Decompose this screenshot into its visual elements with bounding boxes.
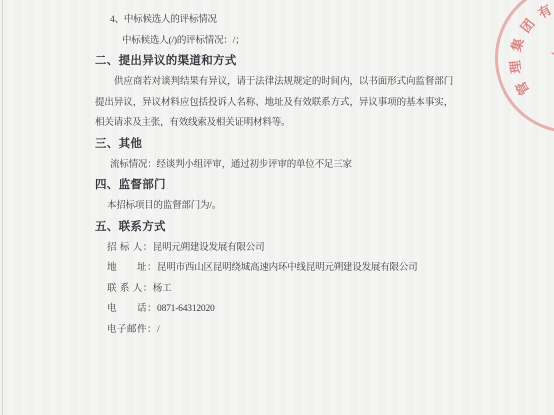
seal-star-icon: ★ [547,30,554,88]
scan-edge-line [2,0,3,415]
item4-detail: 中标候选人(/)的评标情况：/； [122,31,453,52]
official-seal: ★ 管理集团有 [495,0,554,133]
contact-value: 昆明市西山区昆明绕城高速内环中线昆明元朔建设发展有限公司 [157,263,417,273]
seal-arc-char: 团 [518,16,538,36]
contact-label: 电 话： [107,304,157,314]
contact-row-email: 电子邮件：/ [107,320,453,341]
seal-arc-char: 理 [509,59,524,74]
contact-row-address: 地 址：昆明市西山区昆明绕城高速内环中线昆明元朔建设发展有限公司 [107,258,453,279]
seal-arc-char: 有 [535,2,554,21]
contact-label: 地 址： [107,263,157,273]
section-body-objection: 供应商若对谈判结果有异议，请于法律法规规定的时间内，以书面形式向监督部门提出异议… [95,72,453,134]
contact-label: 联 系 人： [107,284,153,294]
scanned-document-page: 4、中标候选人的评标情况 中标候选人(/)的评标情况：/； 二、提出异议的渠道和… [0,0,554,415]
seal-arc-char: 集 [510,37,527,54]
section-heading-contact: 五、联系方式 [95,217,453,238]
contact-value: 杨工 [153,284,172,294]
document-body: 4、中标候选人的评标情况 中标候选人(/)的评标情况：/； 二、提出异议的渠道和… [95,10,453,340]
section-body-other: 流标情况：经谈判小组评审，通过初步评审的单位不足三家 [110,155,453,176]
seal-arc-char: 管 [513,78,532,97]
contact-row-person: 联 系 人：杨工 [107,279,453,300]
contact-value: 昆明元朔建设发展有限公司 [153,243,265,253]
contact-value: / [157,325,159,335]
contact-label: 电子邮件： [107,325,157,335]
contact-row-tenderer: 招 标 人：昆明元朔建设发展有限公司 [107,238,453,259]
section-heading-other: 三、其他 [95,134,453,155]
contact-row-phone: 电 话：0871-64312020 [107,299,453,320]
contact-label: 招 标 人： [107,243,153,253]
section-heading-objection: 二、提出异议的渠道和方式 [95,51,453,72]
contact-value: 0871-64312020 [157,304,215,314]
section-heading-supervision: 四、监督部门 [95,175,453,196]
item4-title: 4、中标候选人的评标情况 [110,10,453,31]
section-body-supervision: 本招标项目的监督部门为/。 [107,196,453,217]
